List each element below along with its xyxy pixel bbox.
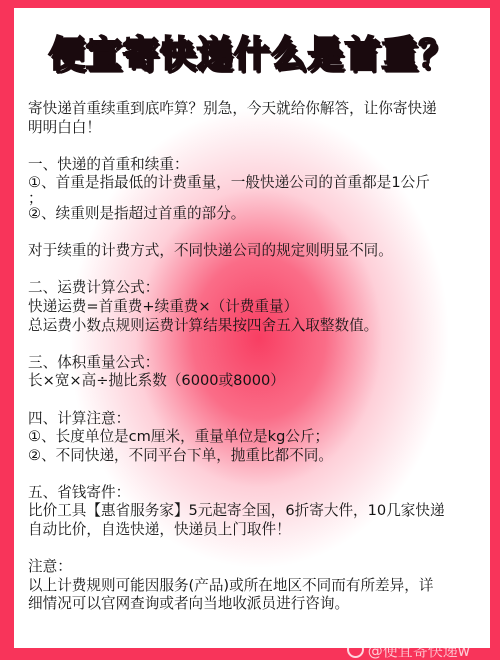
section-line: 总运费小数点规则运费计算结果按四舍五入取整数值。 xyxy=(28,317,488,336)
spacer xyxy=(28,540,488,559)
platform-logo-icon xyxy=(347,641,364,658)
section-heading: 二、运费计算公式： xyxy=(28,279,488,298)
section-heading: 三、体积重量公式： xyxy=(28,354,488,373)
section-line: 长×宽×高÷抛比系数（6000或8000） xyxy=(28,372,488,391)
section-line: ②、不同快递，不同平台下单，抛重比都不同。 xyxy=(28,447,488,466)
spacer xyxy=(28,224,488,243)
article-body: 寄快递首重续重到底咋算？别急，今天就给你解答，让你寄快递 明明白白！ 一、快递的… xyxy=(28,100,488,614)
spacer xyxy=(28,137,488,156)
section-line: 细情况可以官网查询或者向当地收派员进行咨询。 xyxy=(28,595,488,614)
section-line: 比价工具【惠省服务家】5元起寄全国，6折寄大件，10几家快递 xyxy=(28,502,488,521)
section-heading: 一、快递的首重和续重： xyxy=(28,156,488,175)
intro-line: 明明白白！ xyxy=(28,119,488,138)
page-title: 便宜寄快递什么是首重？ xyxy=(14,26,490,77)
section-line: ①、长度单位是cm厘米，重量单位是kg公斤； xyxy=(28,428,488,447)
section-heading: 注意： xyxy=(28,558,488,577)
section-line: 自动比价，自选快递，快递员上门取件！ xyxy=(28,521,488,540)
spacer xyxy=(28,261,488,280)
section-line: 以上计费规则可能因服务(产品)或所在地区不同而有所差异，详 xyxy=(28,577,488,596)
watermark: @便宜寄快递w xyxy=(347,640,470,661)
content-card: 便宜寄快递什么是首重？ 寄快递首重续重到底咋算？别急，今天就给你解答，让你寄快递… xyxy=(14,8,490,648)
spacer xyxy=(28,391,488,410)
section-line: ①、首重是指最低的计费重量，一般快递公司的首重都是1公斤 xyxy=(28,174,488,193)
spacer xyxy=(28,465,488,484)
section-line: ②、续重则是指超过首重的部分。 xyxy=(28,205,488,224)
watermark-text: @便宜寄快递w xyxy=(368,642,470,660)
intro-line: 寄快递首重续重到底咋算？别急，今天就给你解答，让你寄快递 xyxy=(28,100,488,119)
section-heading: 五、省钱寄件： xyxy=(28,484,488,503)
section-line: ； xyxy=(28,193,488,205)
spacer xyxy=(28,335,488,354)
section-line: 快递运费=首重费+续重费×（计费重量） xyxy=(28,298,488,317)
section-heading: 四、计算注意： xyxy=(28,410,488,429)
section-line: 对于续重的计费方式，不同快递公司的规定则明显不同。 xyxy=(28,242,488,261)
